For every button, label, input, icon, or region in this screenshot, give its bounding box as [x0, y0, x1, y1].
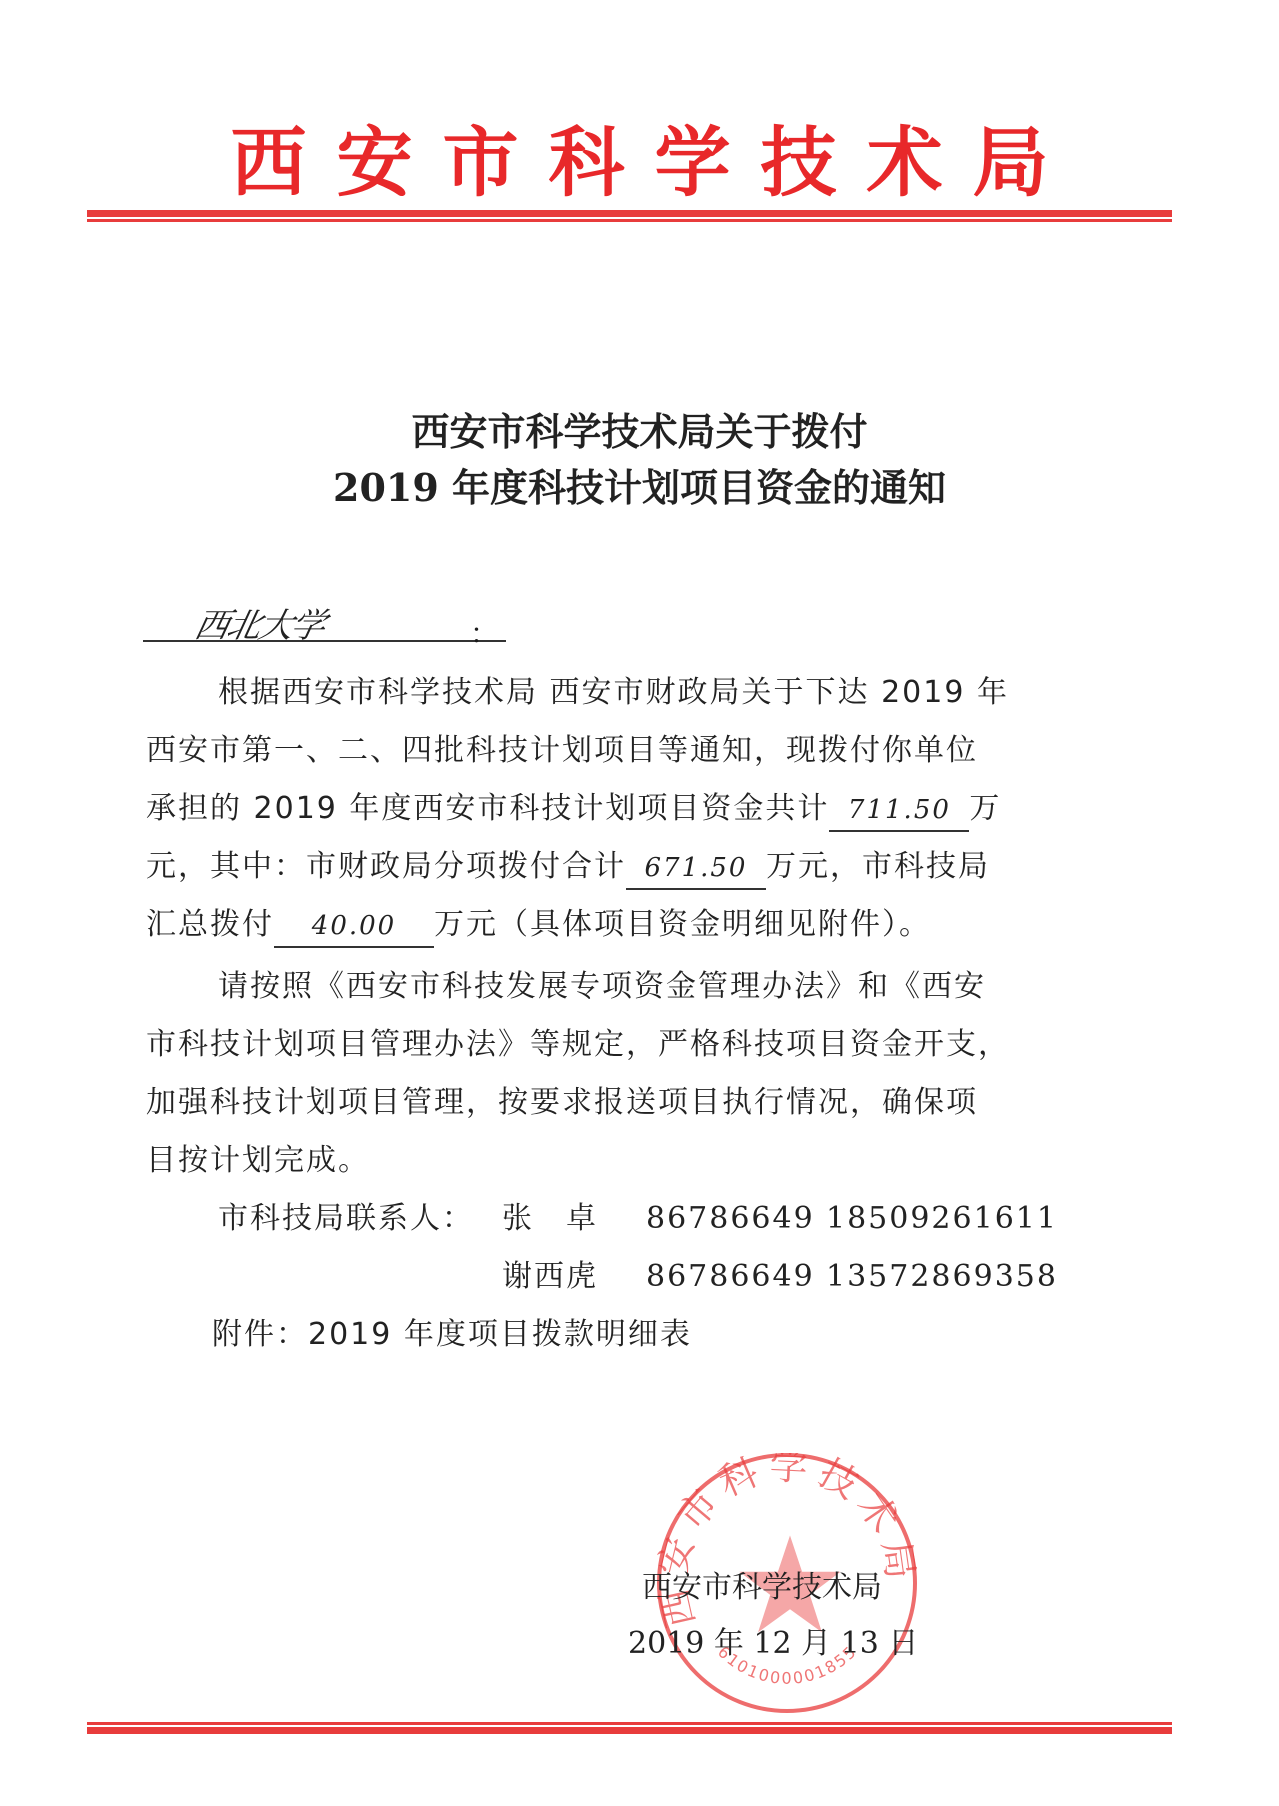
contact-office-phone: 86786649	[646, 1248, 815, 1306]
total-amount-field: 711.50	[829, 790, 969, 832]
body-p1-line4: 元，其中：市财政局分项拨付合计671.50万元，市科技局	[146, 838, 990, 896]
contacts-label: 市科技局联系人：	[218, 1190, 474, 1248]
salutation-colon: ：	[470, 612, 498, 652]
finance-amount-field: 671.50	[626, 848, 766, 890]
document-title-line2: 2019 年度科技计划项目资金的通知	[0, 462, 1279, 514]
masthead-divider	[87, 210, 1172, 222]
signature-org: 西安市科学技术局	[642, 1562, 882, 1606]
contact-name: 张 卓	[502, 1190, 598, 1248]
finance-amount-prefix: 元，其中：市财政局分项拨付合计	[146, 849, 626, 884]
bureau-amount-suffix: 万元（具体项目资金明细见附件）。	[434, 907, 931, 942]
body-p1-line3: 承担的 2019 年度西安市科技计划项目资金共计711.50万	[146, 780, 1001, 838]
body-p2-line1: 请按照《西安市科技发展专项资金管理办法》和《西安	[218, 958, 986, 1016]
contact-mobile: 18509261611	[826, 1190, 1058, 1248]
body-p2-line4: 目按计划完成。	[146, 1132, 370, 1190]
total-amount-suffix: 万	[969, 791, 1001, 826]
footer-divider	[87, 1722, 1172, 1734]
signature-date: 2019 年 12 月 13 日	[628, 1618, 918, 1662]
bureau-amount-field: 40.00	[274, 906, 434, 948]
contact-mobile: 13572869358	[826, 1248, 1058, 1306]
masthead-org-name: 西安市科学技术局	[0, 118, 1279, 208]
attachment-note: 附件：2019 年度项目拨款明细表	[212, 1306, 692, 1364]
body-p2-line3: 加强科技计划项目管理，按要求报送项目执行情况，确保项	[146, 1074, 978, 1132]
recipient-underline	[143, 640, 506, 642]
body-p1-line1: 根据西安市科学技术局 西安市财政局关于下达 2019 年	[218, 664, 1009, 722]
contact-office-phone: 86786649	[646, 1190, 815, 1248]
finance-amount-suffix: 万元，市科技局	[766, 849, 990, 884]
body-p1-line5: 汇总拨付40.00万元（具体项目资金明细见附件）。	[146, 896, 931, 954]
body-p1-line2: 西安市第一、二、四批科技计划项目等通知，现拨付你单位	[146, 722, 978, 780]
body-p2-line2: 市科技计划项目管理办法》等规定，严格科技项目资金开支，	[146, 1016, 1010, 1074]
contact-name: 谢西虎	[502, 1248, 598, 1306]
total-amount-prefix: 承担的 2019 年度西安市科技计划项目资金共计	[146, 791, 829, 826]
bureau-amount-prefix: 汇总拨付	[146, 907, 274, 942]
document-title-line1: 西安市科学技术局关于拨付	[0, 406, 1279, 458]
